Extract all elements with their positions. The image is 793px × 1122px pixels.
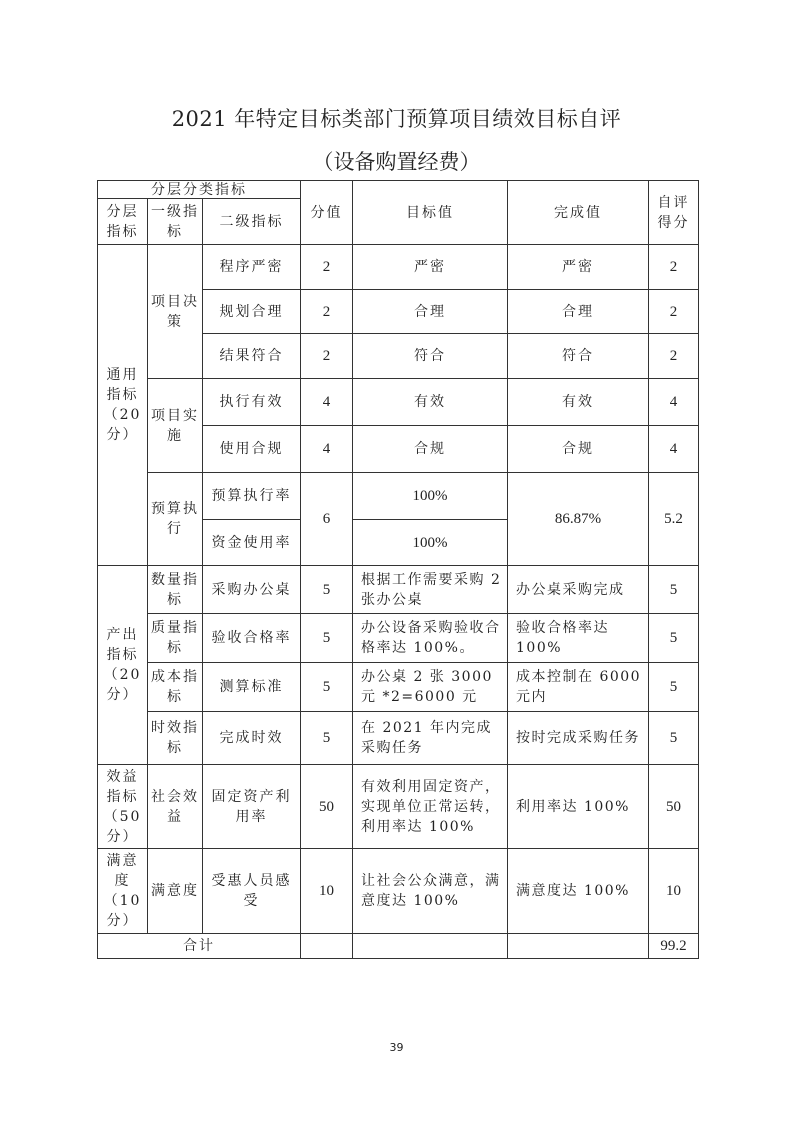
second-indicator: 验收合格率 (203, 614, 301, 663)
total-target (353, 934, 508, 959)
table-row: 项目实施 执行有效 4 有效 有效 4 (98, 379, 699, 426)
actual-cell: 符合 (508, 334, 649, 379)
first-indicator: 质量指标 (148, 614, 203, 663)
score-cell: 5 (301, 663, 353, 712)
section-label: 产出指标（20分） (98, 566, 148, 765)
actual-cell: 成本控制在 6000 元内 (508, 663, 649, 712)
second-indicator: 使用合规 (203, 426, 301, 473)
second-indicator: 结果符合 (203, 334, 301, 379)
score-cell: 10 (301, 849, 353, 934)
second-indicator: 程序严密 (203, 245, 301, 290)
section-label: 效益指标（50分） (98, 765, 148, 849)
total-label: 合计 (98, 934, 301, 959)
header-row: 分层分类指标 分值 目标值 完成值 自评得分 (98, 181, 699, 199)
target-cell: 办公设备采购验收合格率达 100%。 (353, 614, 508, 663)
score-cell: 4 (301, 379, 353, 426)
self-score-cell: 4 (649, 379, 699, 426)
self-score-cell: 2 (649, 245, 699, 290)
total-actual (508, 934, 649, 959)
table-row: 满意度（10分） 满意度 受惠人员感受 10 让社会公众满意，满意度达 100%… (98, 849, 699, 934)
target-cell: 合理 (353, 290, 508, 334)
actual-cell: 按时完成采购任务 (508, 712, 649, 765)
target-cell: 严密 (353, 245, 508, 290)
self-score-cell: 4 (649, 426, 699, 473)
actual-cell: 办公桌采购完成 (508, 566, 649, 614)
document-subtitle: （设备购置经费） (0, 146, 793, 176)
first-indicator: 成本指标 (148, 663, 203, 712)
target-cell: 有效 (353, 379, 508, 426)
table-row: 成本指标 测算标准 5 办公桌 2 张 3000 元 *2=6000 元 成本控… (98, 663, 699, 712)
group-label: 项目实施 (148, 379, 203, 473)
score-cell: 2 (301, 245, 353, 290)
actual-cell: 满意度达 100% (508, 849, 649, 934)
self-score-cell: 2 (649, 334, 699, 379)
table-row: 产出指标（20分） 数量指标 采购办公桌 5 根据工作需要采购 2 张办公桌 办… (98, 566, 699, 614)
table-row: 通用指标（20分） 项目决策 程序严密 2 严密 严密 2 (98, 245, 699, 290)
score-cell: 2 (301, 290, 353, 334)
table-row: 质量指标 验收合格率 5 办公设备采购验收合格率达 100%。 验收合格率达 1… (98, 614, 699, 663)
second-indicator: 资金使用率 (203, 520, 301, 566)
second-indicator: 固定资产利用率 (203, 765, 301, 849)
first-indicator: 满意度 (148, 849, 203, 934)
actual-cell: 有效 (508, 379, 649, 426)
second-indicator: 规划合理 (203, 290, 301, 334)
second-indicator: 执行有效 (203, 379, 301, 426)
table-row: 效益指标（50分） 社会效益 固定资产利用率 50 有效利用固定资产，实现单位正… (98, 765, 699, 849)
actual-cell: 利用率达 100% (508, 765, 649, 849)
self-score-cell: 5 (649, 566, 699, 614)
self-score-cell: 50 (649, 765, 699, 849)
section-label: 满意度（10分） (98, 849, 148, 934)
target-cell: 办公桌 2 张 3000 元 *2=6000 元 (353, 663, 508, 712)
target-cell: 100% (353, 473, 508, 520)
second-indicator: 受惠人员感受 (203, 849, 301, 934)
header-score: 分值 (301, 181, 353, 245)
first-indicator: 数量指标 (148, 566, 203, 614)
first-indicator: 社会效益 (148, 765, 203, 849)
actual-cell: 合规 (508, 426, 649, 473)
self-score-cell: 5.2 (649, 473, 699, 566)
first-indicator: 时效指标 (148, 712, 203, 765)
header-self-score: 自评得分 (649, 181, 699, 245)
target-cell: 合规 (353, 426, 508, 473)
self-score-cell: 5 (649, 614, 699, 663)
actual-cell: 合理 (508, 290, 649, 334)
score-cell: 5 (301, 614, 353, 663)
group-label: 项目决策 (148, 245, 203, 379)
actual-cell: 严密 (508, 245, 649, 290)
header-group: 分层分类指标 (98, 181, 301, 199)
page-number: 39 (0, 1041, 793, 1054)
group-label: 预算执行 (148, 473, 203, 566)
score-cell: 6 (301, 473, 353, 566)
self-score-cell: 10 (649, 849, 699, 934)
score-cell: 4 (301, 426, 353, 473)
header-first: 一级指标 (148, 199, 203, 245)
header-level: 分层指标 (98, 199, 148, 245)
score-cell: 5 (301, 712, 353, 765)
total-self-score: 99.2 (649, 934, 699, 959)
second-indicator: 采购办公桌 (203, 566, 301, 614)
target-cell: 符合 (353, 334, 508, 379)
header-second: 二级指标 (203, 199, 301, 245)
header-target: 目标值 (353, 181, 508, 245)
section-label: 通用指标（20分） (98, 245, 148, 566)
table-row: 时效指标 完成时效 5 在 2021 年内完成采购任务 按时完成采购任务 5 (98, 712, 699, 765)
second-indicator: 预算执行率 (203, 473, 301, 520)
actual-cell: 86.87% (508, 473, 649, 566)
self-score-cell: 2 (649, 290, 699, 334)
second-indicator: 测算标准 (203, 663, 301, 712)
actual-cell: 验收合格率达 100% (508, 614, 649, 663)
table-row: 预算执行 预算执行率 6 100% 86.87% 5.2 (98, 473, 699, 520)
performance-evaluation-table: 分层分类指标 分值 目标值 完成值 自评得分 分层指标 一级指标 二级指标 通用… (97, 180, 699, 959)
total-row: 合计 99.2 (98, 934, 699, 959)
target-cell: 根据工作需要采购 2 张办公桌 (353, 566, 508, 614)
self-score-cell: 5 (649, 712, 699, 765)
target-cell: 在 2021 年内完成采购任务 (353, 712, 508, 765)
target-cell: 让社会公众满意，满意度达 100% (353, 849, 508, 934)
score-cell: 50 (301, 765, 353, 849)
score-cell: 2 (301, 334, 353, 379)
self-score-cell: 5 (649, 663, 699, 712)
total-score (301, 934, 353, 959)
score-cell: 5 (301, 566, 353, 614)
target-cell: 100% (353, 520, 508, 566)
header-actual: 完成值 (508, 181, 649, 245)
document-title: 2021 年特定目标类部门预算项目绩效目标自评 (0, 103, 793, 133)
target-cell: 有效利用固定资产，实现单位正常运转，利用率达 100% (353, 765, 508, 849)
second-indicator: 完成时效 (203, 712, 301, 765)
